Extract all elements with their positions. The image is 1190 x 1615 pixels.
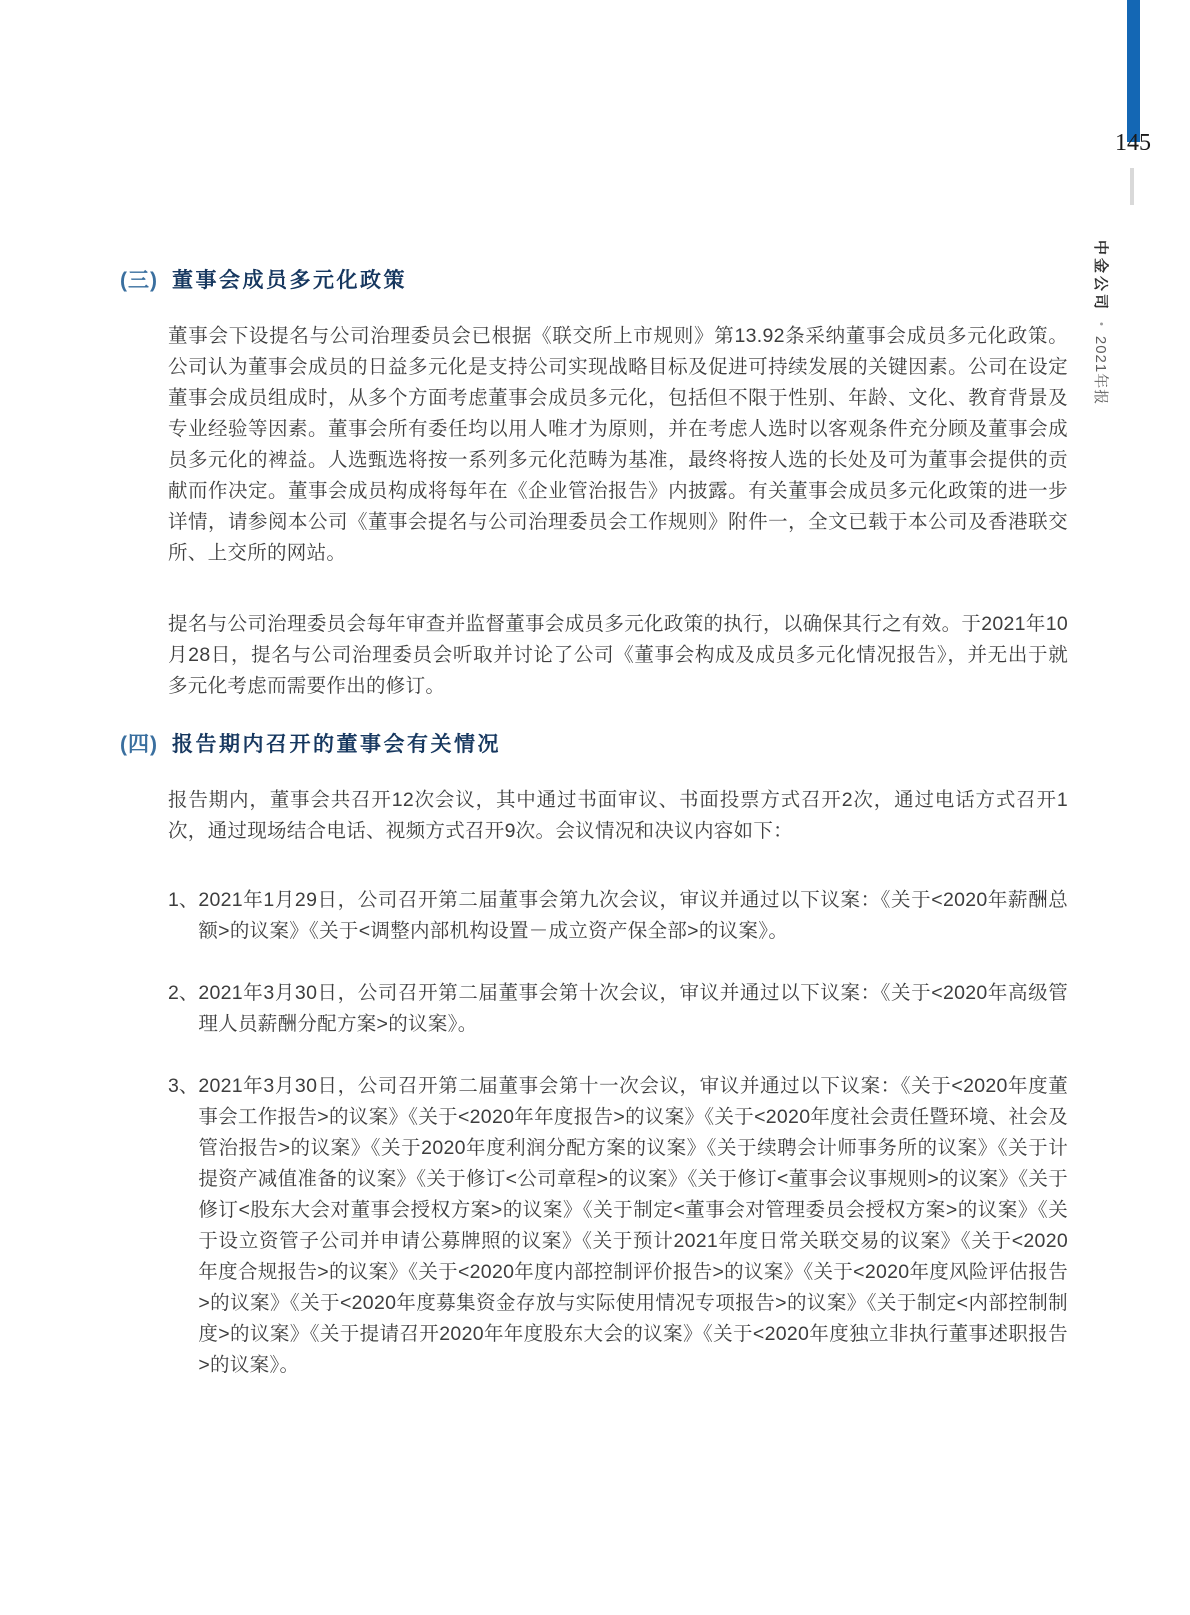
paragraph: 报告期内，董事会共召开12次会议，其中通过书面审议、书面投票方式召开2次，通过电… — [168, 785, 1068, 847]
list-item-number: 3、 — [168, 1071, 198, 1381]
side-caption-company: 中金公司 — [1092, 240, 1109, 312]
side-caption-bullet: • — [1095, 322, 1107, 326]
section-title: 报告期内召开的董事会有关情况 — [172, 733, 501, 756]
annual-report-page: 145 中金公司•2021年报 (三)董事会成员多元化政策 董事会下设提名与公司… — [0, 0, 1190, 1615]
section-heading: (四)报告期内召开的董事会有关情况 — [120, 730, 1068, 760]
page-number-divider — [1130, 168, 1134, 205]
section-title: 董事会成员多元化政策 — [172, 269, 407, 292]
section-board-diversity-policy: (三)董事会成员多元化政策 董事会下设提名与公司治理委员会已根据《联交所上市规则… — [120, 266, 1068, 702]
list-item: 3、 2021年3月30日，公司召开第二届董事会第十一次会议，审议并通过以下议案… — [168, 1071, 1068, 1381]
list-item-text: 2021年3月30日，公司召开第二届董事会第十一次会议，审议并通过以下议案：《关… — [198, 1071, 1068, 1381]
page-number: 145 — [1104, 130, 1162, 157]
side-caption: 中金公司•2021年报 — [1089, 240, 1112, 405]
list-item-text: 2021年3月30日，公司召开第二届董事会第十次会议，审议并通过以下议案：《关于… — [198, 978, 1068, 1040]
side-caption-report: 2021年报 — [1092, 336, 1109, 405]
section-number: (三) — [120, 266, 172, 296]
paragraph: 提名与公司治理委员会每年审查并监督董事会成员多元化政策的执行，以确保其行之有效。… — [168, 609, 1068, 702]
list-item: 1、 2021年1月29日，公司召开第二届董事会第九次会议，审议并通过以下议案：… — [168, 885, 1068, 947]
accent-bar — [1127, 0, 1140, 142]
list-item: 2、 2021年3月30日，公司召开第二届董事会第十次会议，审议并通过以下议案：… — [168, 978, 1068, 1040]
section-board-meetings: (四)报告期内召开的董事会有关情况 报告期内，董事会共召开12次会议，其中通过书… — [120, 730, 1068, 1381]
list-item-text: 2021年1月29日，公司召开第二届董事会第九次会议，审议并通过以下议案：《关于… — [198, 885, 1068, 947]
meeting-list: 1、 2021年1月29日，公司召开第二届董事会第九次会议，审议并通过以下议案：… — [120, 885, 1068, 1381]
section-heading: (三)董事会成员多元化政策 — [120, 266, 1068, 296]
list-item-number: 2、 — [168, 978, 198, 1040]
main-content: (三)董事会成员多元化政策 董事会下设提名与公司治理委员会已根据《联交所上市规则… — [120, 266, 1068, 1381]
paragraph: 董事会下设提名与公司治理委员会已根据《联交所上市规则》第13.92条采纳董事会成… — [168, 321, 1068, 569]
list-item-number: 1、 — [168, 885, 198, 947]
section-number: (四) — [120, 730, 172, 760]
